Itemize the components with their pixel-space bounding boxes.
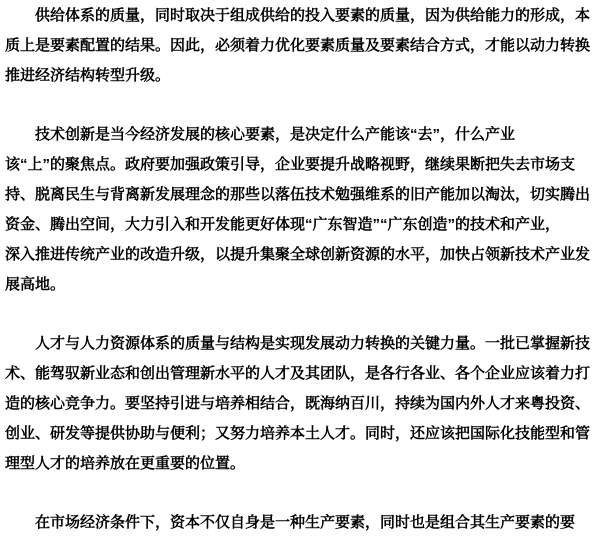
text-line: 人才与人力资源体系的质量与结构是实现发展动力转换的关键力量。一批已掌握新技: [5, 329, 596, 359]
text-line: 深入推进传统产业的改造升级，以提升集聚全球创新资源的水平，加快占领新技术产业发: [5, 240, 596, 270]
document-page: 供给体系的质量，同时取决于组成供给的投入要素的质量，因为供给能力的形成，本 质上…: [0, 0, 600, 536]
paragraph-tech-innovation: 技术创新是当今经济发展的核心要素，是决定什么产能该“去”，什么产业 该“上”的聚…: [5, 120, 596, 300]
text-line: 该“上”的聚焦点。政府要加强政策引导，企业要提升战略视野，继续果断把失去市场支: [5, 150, 596, 180]
text-line: 在市场经济条件下，资本不仅自身是一种生产要素，同时也是组合其生产要素的要: [5, 508, 596, 536]
text-line: 供给体系的质量，同时取决于组成供给的投入要素的质量，因为供给能力的形成，本: [5, 1, 596, 31]
paragraph-capital-market: 在市场经济条件下，资本不仅自身是一种生产要素，同时也是组合其生产要素的要: [5, 508, 596, 536]
text-line: 展高地。: [5, 270, 596, 300]
text-line: 理型人才的培养放在更重要的位置。: [5, 449, 596, 479]
text-line: 术、能驾驭新业态和创出管理新水平的人才及其团队，是各行各业、各个企业应该着力打: [5, 359, 596, 389]
text-line: 创业、研发等提供协助与便利；又努力培养本土人才。同时，还应该把国际化技能型和管: [5, 419, 596, 449]
text-line: 推进经济结构转型升级。: [5, 61, 596, 91]
text-line: 造的核心竞争力。要坚持引进与培养相结合，既海纳百川，持续为国内外人才来粤投资、: [5, 389, 596, 419]
paragraph-supply-system: 供给体系的质量，同时取决于组成供给的投入要素的质量，因为供给能力的形成，本 质上…: [5, 1, 596, 91]
text-line: 资金、腾出空间，大力引入和开发能更好体现“广东智造”“广东创造”的技术和产业，: [5, 210, 596, 240]
text-line: 质上是要素配置的结果。因此，必须着力优化要素质量及要素结合方式，才能以动力转换: [5, 31, 596, 61]
paragraph-talent-resources: 人才与人力资源体系的质量与结构是实现发展动力转换的关键力量。一批已掌握新技 术、…: [5, 329, 596, 479]
text-line: 技术创新是当今经济发展的核心要素，是决定什么产能该“去”，什么产业: [5, 120, 596, 150]
text-line: 持、脱离民生与背离新发展理念的那些以落伍技术勉强维系的旧产能加以淘汰，切实腾出: [5, 180, 596, 210]
